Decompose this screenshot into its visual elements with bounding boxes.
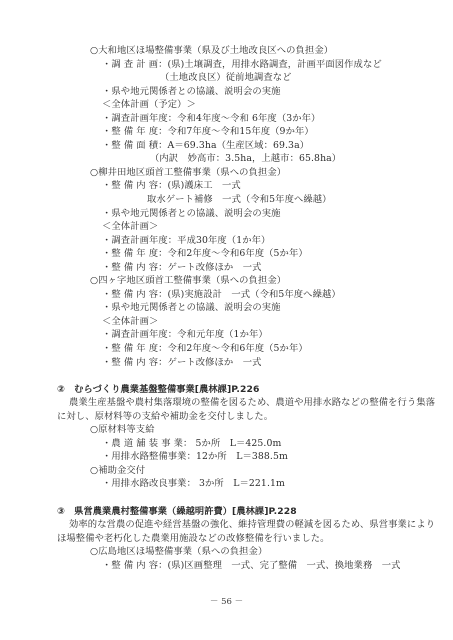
document-line: ＜全体計画（予定）＞ — [57, 98, 423, 112]
document-line: ・整 備 年 度：令和7年度～令和15年度（9か年） — [57, 125, 423, 139]
document-line: ・整 備 面 積：A＝69.3ha（生産区域：69.3a） — [57, 139, 423, 153]
document-line: ○補助金交付 — [57, 464, 423, 478]
document-line: ・調査計画年度：平成30年度（1か年） — [57, 234, 423, 248]
document-line: ・調査計画年度：令和4年度～令和 6年度（3か年） — [57, 112, 423, 126]
document-line: ・整 備 内 容：(県)実施設計 一式（令和5年度へ繰越） — [57, 288, 423, 302]
document-line: ・調 査 計 画：(県)土壌調査，用排水路調査，計画平面図作成など — [57, 58, 423, 72]
document-line: ・県や地元関係者との協議、説明会の実施 — [57, 207, 423, 221]
document-line: 取水ゲート補修 一式（令和5年度へ繰越） — [57, 193, 423, 207]
document-line: ・整 備 内 容：ゲート改修ほか 一式 — [57, 356, 423, 370]
document-line: ・調査計画年度：令和元年度（1か年） — [57, 328, 423, 342]
document-line: ほ場整備や老朽化した農業用施設などの改修整備を行いました。 — [57, 532, 423, 546]
document-line: 農業生産基盤や農村集落環境の整備を図るため、農道や用排水路などの整備を行う集落 — [57, 396, 423, 410]
document-line: ・整 備 内 容：(県)護床工 一式 — [57, 179, 423, 193]
document-line: ・整 備 内 容：(県)区画整理 一式、完了整備 一式、換地業務 一式 — [57, 559, 423, 573]
page-number: － 56 － — [0, 595, 453, 607]
document-line: ・県や地元関係者との協議、説明会の実施 — [57, 85, 423, 99]
document-line: ② むらづくり農業基盤整備事業[農林課]P.226 — [57, 383, 423, 397]
document-line: ○原材料等支給 — [57, 423, 423, 437]
document-line: に対し、原材料等の支給や補助金を交付しました。 — [57, 410, 423, 424]
document-line: ・用排水路改良事業： 3か所 L＝221.1m — [57, 477, 423, 491]
document-line: ・整 備 内 容：ゲート改修ほか 一式 — [57, 261, 423, 275]
document-line: ○大和地区ほ場整備事業（県及び土地改良区への負担金） — [57, 44, 423, 58]
document-line: （内訳 妙高市：3.5ha，上越市：65.8ha） — [57, 152, 423, 166]
document-line: ・県や地元関係者との協議、説明会の実施 — [57, 301, 423, 315]
document-line: ③ 県営農業農村整備事業（繰越明許費）[農林課]P.228 — [57, 505, 423, 519]
document-line: ・整 備 年 度：令和2年度～令和6年度（5か年） — [57, 247, 423, 261]
document-line: ○広島地区ほ場整備事業（県への負担金） — [57, 545, 423, 559]
document-line: ○四ヶ字地区頭首工整備事業（県への負担金） — [57, 274, 423, 288]
document-lines: ○大和地区ほ場整備事業（県及び土地改良区への負担金）・調 査 計 画：(県)土壌… — [57, 44, 423, 572]
document-line: ＜全体計画＞ — [57, 220, 423, 234]
document-line: 効率的な営農の促進や経営基盤の強化、維持管理費の軽減を図るため、県営事業により — [57, 518, 423, 532]
document-line: （土地改良区）従前地調査など — [57, 71, 423, 85]
document-line: ＜全体計画＞ — [57, 315, 423, 329]
document-page: ○大和地区ほ場整備事業（県及び土地改良区への負担金）・調 査 計 画：(県)土壌… — [0, 0, 453, 640]
document-line: ・用排水路整備事業：12か所 L＝388.5m — [57, 450, 423, 464]
document-line: ○柳井田地区頭首工整備事業（県への負担金） — [57, 166, 423, 180]
document-line: ・整 備 年 度：令和2年度～令和6年度（5か年） — [57, 342, 423, 356]
document-line: ・農 道 舗 装 事 業： 5か所 L＝425.0m — [57, 437, 423, 451]
